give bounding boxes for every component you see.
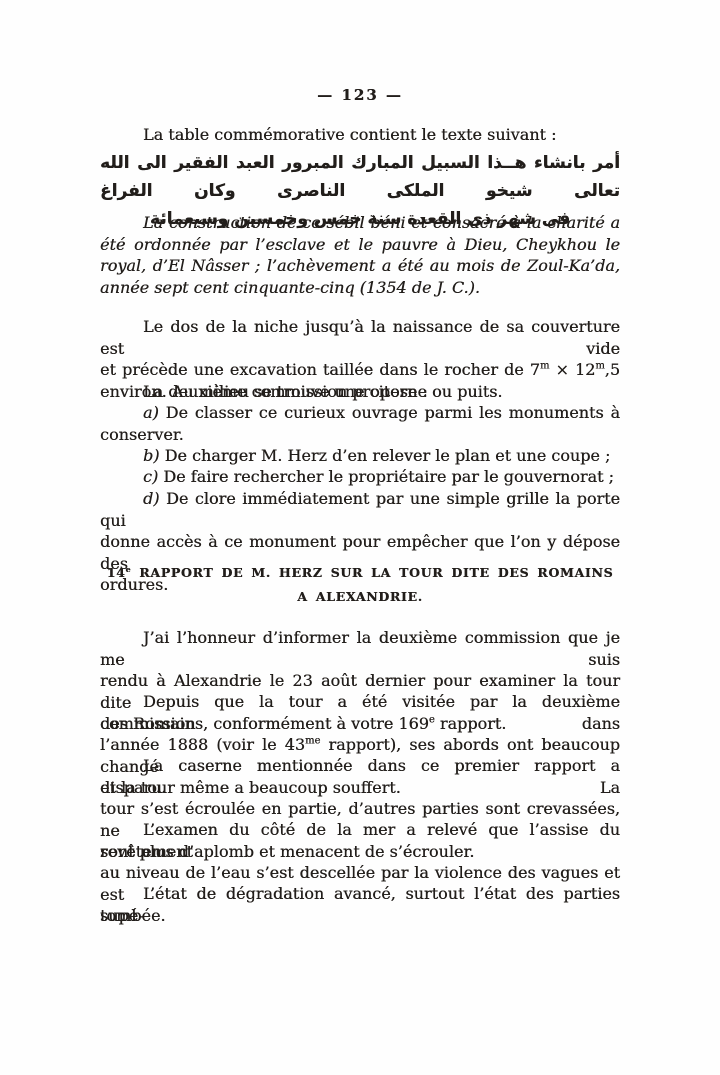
text-line: royal, d’El Nâsser ; l’achèvement a été … bbox=[100, 255, 620, 277]
text-line: d) De clore immédiatement par une simple… bbox=[100, 488, 620, 531]
superscript: m bbox=[595, 361, 604, 372]
commission-propose: La deuxième commission propose : bbox=[100, 381, 620, 403]
superscript: m bbox=[540, 361, 549, 372]
list-marker: a) bbox=[143, 403, 166, 422]
text-line: أمر بانشاء هــذا السبيل المبارك المبرور … bbox=[100, 149, 620, 205]
list-item-a: a) De classer ce curieux ouvrage parmi l… bbox=[100, 402, 620, 445]
inscription-translation: La construction de ce sébil béni et cons… bbox=[100, 212, 620, 298]
text-line: et précède une excavation taillée dans l… bbox=[100, 359, 620, 381]
text-line: été ordonnée par l’esclave et le pauvre … bbox=[100, 234, 620, 256]
text-line: J’ai l’honneur d’informer la deuxième co… bbox=[100, 627, 620, 670]
text-line: a) De classer ce curieux ouvrage parmi l… bbox=[100, 402, 620, 424]
text-line: L’examen du côté de la mer a relevé que … bbox=[100, 819, 620, 862]
scanned-document-page: — 123 — La table commémorative contient … bbox=[0, 0, 720, 1075]
text-line: année sept cent cinquante-cinq (1354 de … bbox=[100, 277, 620, 299]
text-line: b) De charger M. Herz d’en relever le pl… bbox=[100, 445, 620, 467]
text-line: conserver. bbox=[100, 424, 620, 446]
etat-paragraph: L’état de dégradation avancé, surtout l’… bbox=[100, 883, 620, 926]
list-marker: c) bbox=[143, 467, 163, 486]
list-item-c: c) De faire rechercher le propriétaire p… bbox=[100, 466, 620, 488]
text-line: Depuis que la tour a été visitée par la … bbox=[100, 691, 620, 734]
text-line: La table commémorative contient le texte… bbox=[100, 124, 620, 146]
report-heading: 14e RAPPORT DE M. HERZ SUR LA TOUR DITE … bbox=[100, 561, 620, 609]
intro-sentence: La table commémorative contient le texte… bbox=[100, 124, 620, 146]
list-marker: b) bbox=[143, 446, 165, 465]
page-content: La table commémorative contient le texte… bbox=[100, 0, 620, 1075]
text-line: La deuxième commission propose : bbox=[100, 381, 620, 403]
superscript: me bbox=[305, 736, 320, 747]
text-line: La caserne mentionnée dans ce premier ra… bbox=[100, 755, 620, 798]
text-line: La construction de ce sébil béni et cons… bbox=[100, 212, 620, 234]
text-line: Le dos de la niche jusqu’à la naissance … bbox=[100, 316, 620, 359]
text-line: L’état de dégradation avancé, surtout l’… bbox=[100, 883, 620, 926]
list-item-b: b) De charger M. Herz d’en relever le pl… bbox=[100, 445, 620, 467]
list-marker: d) bbox=[143, 489, 166, 508]
text-line: c) De faire rechercher le propriétaire p… bbox=[100, 466, 620, 488]
text-line: 14e RAPPORT DE M. HERZ SUR LA TOUR DITE … bbox=[100, 561, 620, 585]
superscript: e bbox=[126, 565, 132, 574]
text-line: A ALEXANDRIE. bbox=[100, 585, 620, 609]
